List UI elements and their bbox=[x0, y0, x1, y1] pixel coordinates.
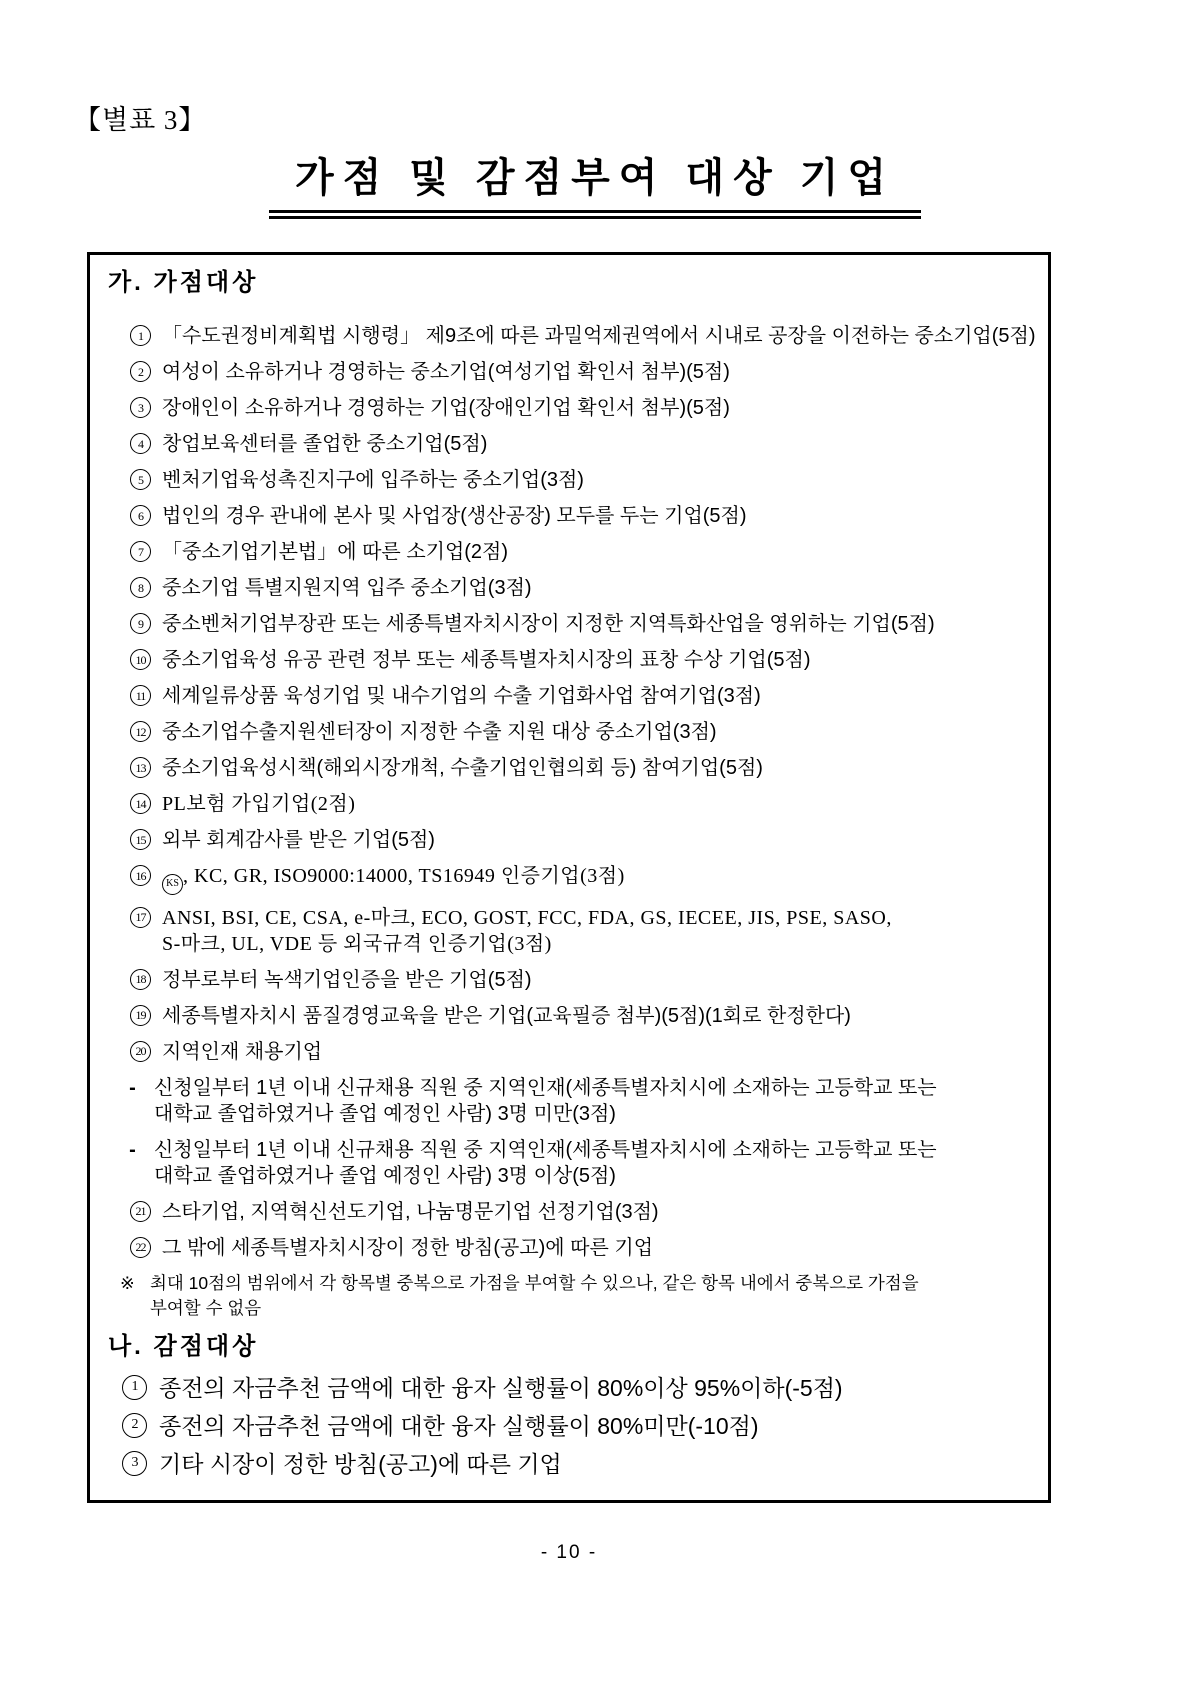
item-number-badge: 18 bbox=[130, 969, 151, 990]
item-text: 외부 회계감사를 받은 기업(5점) bbox=[162, 827, 435, 853]
list-item: 20 지역인재 채용기업 bbox=[130, 1039, 1034, 1065]
list-item: 12 중소기업수출지원센터장이 지정한 수출 지원 대상 중소기업(3점) bbox=[130, 719, 1034, 745]
item-number-badge: 8 bbox=[130, 577, 151, 598]
section-heading-bonus: 가. 가점대상 bbox=[108, 269, 1034, 297]
item-text: PL보험 가입기업(2점) bbox=[162, 791, 355, 817]
item-text: 중소기업 특별지원지역 입주 중소기업(3점) bbox=[162, 575, 532, 601]
list-item: 11 세계일류상품 육성기업 및 내수기업의 수출 기업화사업 참여기업(3점) bbox=[130, 683, 1034, 709]
item-text: 그 밖에 세종특별자치시장이 정한 방침(공고)에 따른 기업 bbox=[162, 1235, 653, 1261]
item-number-badge: 2 bbox=[130, 361, 151, 382]
item-number-badge: 5 bbox=[130, 469, 151, 490]
list-item: 3 기타 시장이 정한 방침(공고)에 따른 기업 bbox=[122, 1449, 1034, 1479]
item-text-line: ANSI, BSI, CE, CSA, e-마크, ECO, GOST, FCC… bbox=[162, 905, 892, 931]
list-item: 4 창업보육센터를 졸업한 중소기업(5점) bbox=[130, 431, 1034, 457]
list-item: 18 정부로부터 녹색기업인증을 받은 기업(5점) bbox=[130, 967, 1034, 993]
item-text-line: 신청일부터 1년 이내 신규채용 직원 중 지역인재(세종특별자치시에 소재하는… bbox=[154, 1075, 937, 1101]
item-number-badge: 15 bbox=[130, 829, 151, 850]
bonus-item-list: 1 「수도권정비계획법 시행령」 제9조에 따른 과밀억제권역에서 시내로 공장… bbox=[130, 323, 1034, 1321]
item-number-badge: 12 bbox=[130, 721, 151, 742]
list-item: 17 ANSI, BSI, CE, CSA, e-마크, ECO, GOST, … bbox=[130, 905, 1034, 957]
item-text: 신청일부터 1년 이내 신규채용 직원 중 지역인재(세종특별자치시에 소재하는… bbox=[154, 1137, 937, 1189]
document-page: 【별표 3】 가점 및 감점부여 대상 기업 가. 가점대상 1 「수도권정비계… bbox=[0, 0, 1190, 1684]
item-text: 세계일류상품 육성기업 및 내수기업의 수출 기업화사업 참여기업(3점) bbox=[162, 683, 761, 709]
list-item: 10 중소기업육성 유공 관련 정부 또는 세종특별자치시장의 표창 수상 기업… bbox=[130, 647, 1034, 673]
item-text: 중소기업육성 유공 관련 정부 또는 세종특별자치시장의 표창 수상 기업(5점… bbox=[162, 647, 811, 673]
list-item: 21 스타기업, 지역혁신선도기업, 나눔명문기업 선정기업(3점) bbox=[130, 1199, 1034, 1225]
list-item: 2 여성이 소유하거나 경영하는 중소기업(여성기업 확인서 첨부)(5점) bbox=[130, 359, 1034, 385]
item-number-badge: 16 bbox=[130, 865, 151, 886]
list-item: 22 그 밖에 세종특별자치시장이 정한 방침(공고)에 따른 기업 bbox=[130, 1235, 1034, 1261]
list-item: 6 법인의 경우 관내에 본사 및 사업장(생산공장) 모두를 두는 기업(5점… bbox=[130, 503, 1034, 529]
item-text: 중소기업육성시책(해외시장개척, 수출기업인협의회 등) 참여기업(5점) bbox=[162, 755, 763, 781]
item-text-rest: , KC, GR, ISO9000:14000, TS16949 인증기업(3점… bbox=[183, 865, 625, 887]
ks-mark-icon: KS bbox=[162, 874, 183, 895]
item-text: 창업보육센터를 졸업한 중소기업(5점) bbox=[162, 431, 487, 457]
item-text: 장애인이 소유하거나 경영하는 기업(장애인기업 확인서 첨부)(5점) bbox=[162, 395, 730, 421]
footnote: ※ 최대 10점의 범위에서 각 항목별 중복으로 가점을 부여할 수 있으나,… bbox=[120, 1271, 1034, 1321]
footnote-line: 최대 10점의 범위에서 각 항목별 중복으로 가점을 부여할 수 있으나, 같… bbox=[150, 1271, 919, 1296]
title-wrap: 가점 및 감점부여 대상 기업 bbox=[0, 146, 1190, 219]
item-number-badge: 17 bbox=[130, 907, 151, 928]
item-text: 「수도권정비계획법 시행령」 제9조에 따른 과밀억제권역에서 시내로 공장을 … bbox=[162, 323, 1036, 349]
item-number-badge: 19 bbox=[130, 1005, 151, 1026]
section-heading-penalty: 나. 감점대상 bbox=[108, 1333, 1034, 1361]
list-item: 1 종전의 자금추천 금액에 대한 융자 실행률이 80%이상 95%이하(-5… bbox=[122, 1373, 1034, 1403]
list-item: 1 「수도권정비계획법 시행령」 제9조에 따른 과밀억제권역에서 시내로 공장… bbox=[130, 323, 1034, 349]
content-box: 가. 가점대상 1 「수도권정비계획법 시행령」 제9조에 따른 과밀억제권역에… bbox=[87, 252, 1051, 1503]
footnote-line: 부여할 수 없음 bbox=[150, 1296, 919, 1321]
list-item: 14 PL보험 가입기업(2점) bbox=[130, 791, 1034, 817]
item-text: 세종특별자치시 품질경영교육을 받은 기업(교육필증 첨부)(5점)(1회로 한… bbox=[162, 1003, 851, 1029]
item-text: 신청일부터 1년 이내 신규채용 직원 중 지역인재(세종특별자치시에 소재하는… bbox=[154, 1075, 937, 1127]
item-text: 중소벤처기업부장관 또는 세종특별자치시장이 지정한 지역특화산업을 영위하는 … bbox=[162, 611, 935, 637]
item-number-badge: 9 bbox=[130, 613, 151, 634]
item-number-badge: 14 bbox=[130, 793, 151, 814]
list-item: 13 중소기업육성시책(해외시장개척, 수출기업인협의회 등) 참여기업(5점) bbox=[130, 755, 1034, 781]
item-text: 법인의 경우 관내에 본사 및 사업장(생산공장) 모두를 두는 기업(5점) bbox=[162, 503, 747, 529]
penalty-item-list: 1 종전의 자금추천 금액에 대한 융자 실행률이 80%이상 95%이하(-5… bbox=[122, 1373, 1034, 1479]
item-number-badge: 10 bbox=[130, 649, 151, 670]
list-item: 5 벤처기업육성촉진지구에 입주하는 중소기업(3점) bbox=[130, 467, 1034, 493]
item-text: KS, KC, GR, ISO9000:14000, TS16949 인증기업(… bbox=[162, 863, 625, 895]
item-text: 정부로부터 녹색기업인증을 받은 기업(5점) bbox=[162, 967, 532, 993]
item-number-badge: 2 bbox=[122, 1413, 147, 1438]
item-text: 스타기업, 지역혁신선도기업, 나눔명문기업 선정기업(3점) bbox=[162, 1199, 659, 1225]
list-item: 15 외부 회계감사를 받은 기업(5점) bbox=[130, 827, 1034, 853]
item-number-badge: 22 bbox=[130, 1237, 151, 1258]
sub-list-item: - 신청일부터 1년 이내 신규채용 직원 중 지역인재(세종특별자치시에 소재… bbox=[130, 1075, 1034, 1127]
dash-bullet: - bbox=[122, 1137, 143, 1163]
item-number-badge: 1 bbox=[122, 1375, 147, 1400]
item-text: 중소기업수출지원센터장이 지정한 수출 지원 대상 중소기업(3점) bbox=[162, 719, 717, 745]
sub-list-item: - 신청일부터 1년 이내 신규채용 직원 중 지역인재(세종특별자치시에 소재… bbox=[130, 1137, 1034, 1189]
item-number-badge: 6 bbox=[130, 505, 151, 526]
item-number-badge: 3 bbox=[122, 1451, 147, 1476]
item-text-line: 대학교 졸업하였거나 졸업 예정인 사람) 3명 이상(5점) bbox=[154, 1163, 937, 1189]
item-text: 기타 시장이 정한 방침(공고)에 따른 기업 bbox=[159, 1449, 562, 1479]
item-number-badge: 11 bbox=[130, 685, 151, 706]
footnote-text: 최대 10점의 범위에서 각 항목별 중복으로 가점을 부여할 수 있으나, 같… bbox=[150, 1271, 919, 1321]
reference-mark: ※ bbox=[120, 1271, 144, 1296]
item-number-badge: 7 bbox=[130, 541, 151, 562]
item-text: 종전의 자금추천 금액에 대한 융자 실행률이 80%이상 95%이하(-5점) bbox=[159, 1373, 843, 1403]
item-text: 벤처기업육성촉진지구에 입주하는 중소기업(3점) bbox=[162, 467, 584, 493]
item-number-badge: 3 bbox=[130, 397, 151, 418]
item-text: 종전의 자금추천 금액에 대한 융자 실행률이 80%미만(-10점) bbox=[159, 1411, 759, 1441]
item-number-badge: 1 bbox=[130, 325, 151, 346]
page-title: 가점 및 감점부여 대상 기업 bbox=[269, 146, 921, 219]
item-number-badge: 4 bbox=[130, 433, 151, 454]
item-text-line: S-마크, UL, VDE 등 외국규격 인증기업(3점) bbox=[162, 931, 892, 957]
page-number: - 10 - bbox=[87, 1542, 1051, 1564]
dash-bullet: - bbox=[122, 1075, 143, 1101]
item-text: 여성이 소유하거나 경영하는 중소기업(여성기업 확인서 첨부)(5점) bbox=[162, 359, 730, 385]
list-item: 19 세종특별자치시 품질경영교육을 받은 기업(교육필증 첨부)(5점)(1회… bbox=[130, 1003, 1034, 1029]
item-text: 「중소기업기본법」에 따른 소기업(2점) bbox=[162, 539, 508, 565]
item-text: 지역인재 채용기업 bbox=[162, 1039, 322, 1065]
list-item: 2 종전의 자금추천 금액에 대한 융자 실행률이 80%미만(-10점) bbox=[122, 1411, 1034, 1441]
list-item: 8 중소기업 특별지원지역 입주 중소기업(3점) bbox=[130, 575, 1034, 601]
item-number-badge: 21 bbox=[130, 1201, 151, 1222]
list-item: 3 장애인이 소유하거나 경영하는 기업(장애인기업 확인서 첨부)(5점) bbox=[130, 395, 1034, 421]
list-item: 16 KS, KC, GR, ISO9000:14000, TS16949 인증… bbox=[130, 863, 1034, 895]
item-number-badge: 13 bbox=[130, 757, 151, 778]
list-item: 9 중소벤처기업부장관 또는 세종특별자치시장이 지정한 지역특화산업을 영위하… bbox=[130, 611, 1034, 637]
item-text-line: 신청일부터 1년 이내 신규채용 직원 중 지역인재(세종특별자치시에 소재하는… bbox=[154, 1137, 937, 1163]
item-text-line: 대학교 졸업하였거나 졸업 예정인 사람) 3명 미만(3점) bbox=[154, 1101, 937, 1127]
item-text: ANSI, BSI, CE, CSA, e-마크, ECO, GOST, FCC… bbox=[162, 905, 892, 957]
list-item: 7 「중소기업기본법」에 따른 소기업(2점) bbox=[130, 539, 1034, 565]
annex-label: 【별표 3】 bbox=[74, 98, 206, 137]
item-number-badge: 20 bbox=[130, 1041, 151, 1062]
